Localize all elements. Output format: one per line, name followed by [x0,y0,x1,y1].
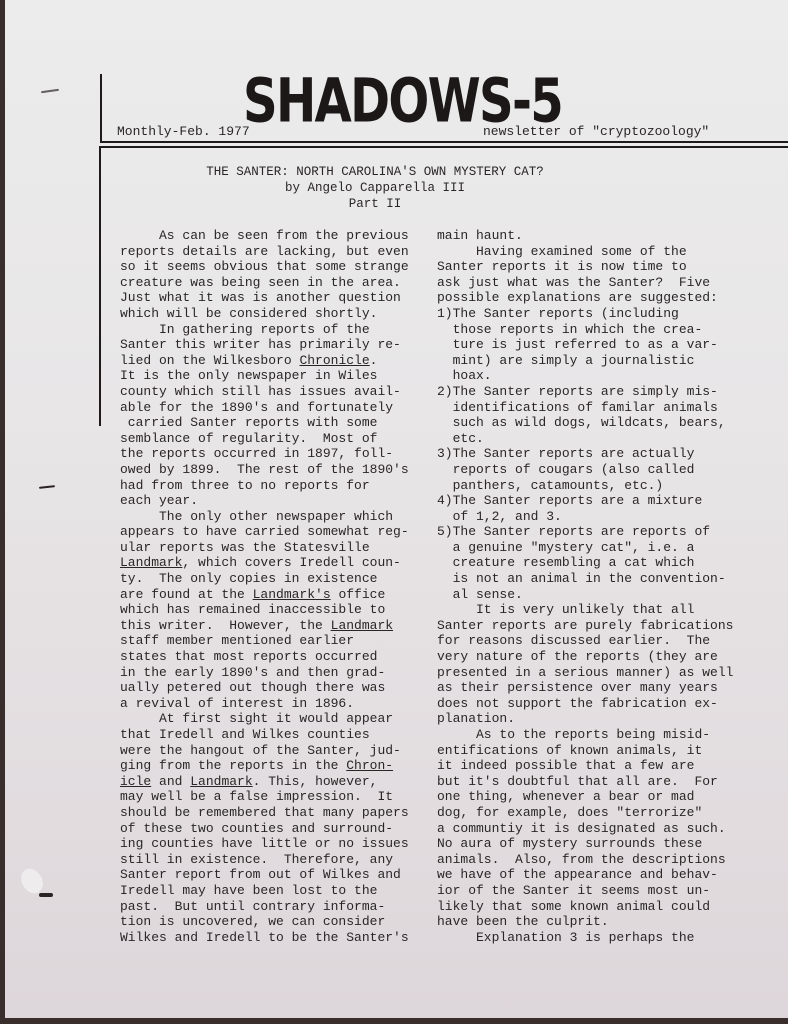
text-line: one thing, whenever a bear or mad [437,789,733,805]
article-byline: by Angelo Capparella III [175,180,575,196]
text-line: in the early 1890's and then grad- [120,665,409,681]
text-line: Iredell may have been lost to the [120,883,409,899]
text-line: icle and Landmark. This, however, [120,774,409,790]
text-line: a revival of interest in 1896. [120,696,409,712]
text-line: 2)The Santer reports are simply mis- [437,384,733,400]
underlined-title: Landmark [120,555,182,570]
text-line: entifications of known animals, it [437,743,733,759]
text-line: At first sight it would appear [120,711,409,727]
text-line: Wilkes and Iredell to be the Santer's [120,930,409,946]
text-line: states that most reports occurred [120,649,409,665]
header-rule [100,141,788,143]
text-line: ty. The only copies in existence [120,571,409,587]
text-line: Explanation 3 is perhaps the [437,930,733,946]
text-line: ture is just referred to as a var- [437,337,733,353]
text-line: Santer reports it is now time to [437,259,733,275]
text-line: In gathering reports of the [120,322,409,338]
header-rule-vertical [100,74,102,142]
text-line: It is the only newspaper in Wiles [120,368,409,384]
text-line: 1)The Santer reports (including [437,306,733,322]
newsletter-page: SHADOWS-5 Monthly-Feb. 1977 newsletter o… [5,0,788,1018]
pen-mark [41,89,59,93]
issue-date: Monthly-Feb. 1977 [117,124,250,139]
text-line: county which still has issues avail- [120,384,409,400]
text-line: able for the 1890's and fortunately [120,400,409,416]
text-line: of 1,2, and 3. [437,509,733,525]
text-line: carried Santer reports with some [120,415,409,431]
text-line: etc. [437,431,733,447]
text-line: creature resembling a cat which [437,555,733,571]
text-line: owed by 1899. The rest of the 1890's [120,462,409,478]
text-line: should be remembered that many papers [120,805,409,821]
text-line: 5)The Santer reports are reports of [437,524,733,540]
text-line: this writer. However, the Landmark [120,618,409,634]
text-line: hoax. [437,368,733,384]
text-line: The only other newspaper which [120,509,409,525]
text-line: still in existence. Therefore, any [120,852,409,868]
text-line: of these two counties and surround- [120,821,409,837]
text-line: Santer this writer has primarily re- [120,337,409,353]
text-line: which has remained inaccessible to [120,602,409,618]
underlined-title: Chron- [346,758,393,773]
pen-mark [39,893,53,897]
text-line: No aura of mystery surrounds these [437,836,733,852]
text-line: panthers, catamounts, etc.) [437,478,733,494]
text-line: ing counties have little or no issues [120,836,409,852]
text-line: ually petered out though there was [120,680,409,696]
text-line: such as wild dogs, wildcats, bears, [437,415,733,431]
text-line: As can be seen from the previous [120,228,409,244]
text-line: had from three to no reports for [120,478,409,494]
text-line: a communtiy it is designated as such. [437,821,733,837]
text-line: that Iredell and Wilkes counties [120,727,409,743]
text-line: animals. Also, from the descriptions [437,852,733,868]
underlined-title: Landmark [331,618,393,633]
article-part: Part II [175,196,575,212]
text-line: Landmark, which covers Iredell coun- [120,555,409,571]
text-line: identifications of familar animals [437,400,733,416]
text-line: reports details are lacking, but even [120,244,409,260]
underlined-title: icle [120,774,151,789]
text-line: we have of the appearance and behav- [437,867,733,883]
header-rule [100,146,788,148]
underlined-title: Chronicle [299,353,369,368]
article-title: THE SANTER: NORTH CAROLINA'S OWN MYSTERY… [175,164,575,180]
text-line: dog, for example, does "terrorize" [437,805,733,821]
column-rule-vertical [99,146,101,426]
text-line: semblance of regularity. Most of [120,431,409,447]
text-line: those reports in which the crea- [437,322,733,338]
text-line: a genuine "mystery cat", i.e. a [437,540,733,556]
text-line: reports of cougars (also called [437,462,733,478]
text-line: for reasons discussed earlier. The [437,633,733,649]
text-line: the reports occurred in 1897, foll- [120,446,409,462]
text-line: are found at the Landmark's office [120,587,409,603]
text-line: as their persistence over many years [437,680,733,696]
text-line: have been the culprit. [437,914,733,930]
text-line: al sense. [437,587,733,603]
text-line: may well be a false impression. It [120,789,409,805]
text-line: is not an animal in the convention- [437,571,733,587]
text-line: appears to have carried somewhat reg- [120,524,409,540]
text-column-left: As can be seen from the previousreports … [120,228,409,945]
text-line: Having examined some of the [437,244,733,260]
text-line: Santer report from out of Wilkes and [120,867,409,883]
text-line: were the hangout of the Santer, jud- [120,743,409,759]
text-line: ging from the reports in the Chron- [120,758,409,774]
text-line: likely that some known animal could [437,899,733,915]
text-line: which will be considered shortly. [120,306,409,322]
text-line: past. But until contrary informa- [120,899,409,915]
pen-mark [39,485,55,489]
text-line: lied on the Wilkesboro Chronicle. [120,353,409,369]
text-line: tion is uncovered, we can consider [120,914,409,930]
text-line: ask just what was the Santer? Five [437,275,733,291]
text-line: 4)The Santer reports are a mixture [437,493,733,509]
tagline: newsletter of "cryptozoology" [483,124,709,139]
text-line: presented in a serious manner) as well [437,665,733,681]
text-line: but it's doubtful that all are. For [437,774,733,790]
text-line: It is very unlikely that all [437,602,733,618]
text-line: ior of the Santer it seems most un- [437,883,733,899]
text-line: ular reports was the Statesville [120,540,409,556]
text-column-right: main haunt. Having examined some of theS… [437,228,733,945]
text-line: possible explanations are suggested: [437,290,733,306]
text-line: does not support the fabrication ex- [437,696,733,712]
text-line: very nature of the reports (they are [437,649,733,665]
text-line: As to the reports being misid- [437,727,733,743]
text-line: mint) are simply a journalistic [437,353,733,369]
text-line: 3)The Santer reports are actually [437,446,733,462]
underlined-title: Landmark's [253,587,331,602]
underlined-title: Landmark [190,774,252,789]
text-line: each year. [120,493,409,509]
text-line: Just what it was is another question [120,290,409,306]
article-heading: THE SANTER: NORTH CAROLINA'S OWN MYSTERY… [175,164,575,212]
text-line: creature was being seen in the area. [120,275,409,291]
text-line: Santer reports are purely fabrications [437,618,733,634]
text-line: it indeed possible that a few are [437,758,733,774]
text-line: so it seems obvious that some strange [120,259,409,275]
text-line: staff member mentioned earlier [120,633,409,649]
text-line: planation. [437,711,733,727]
text-line: main haunt. [437,228,733,244]
